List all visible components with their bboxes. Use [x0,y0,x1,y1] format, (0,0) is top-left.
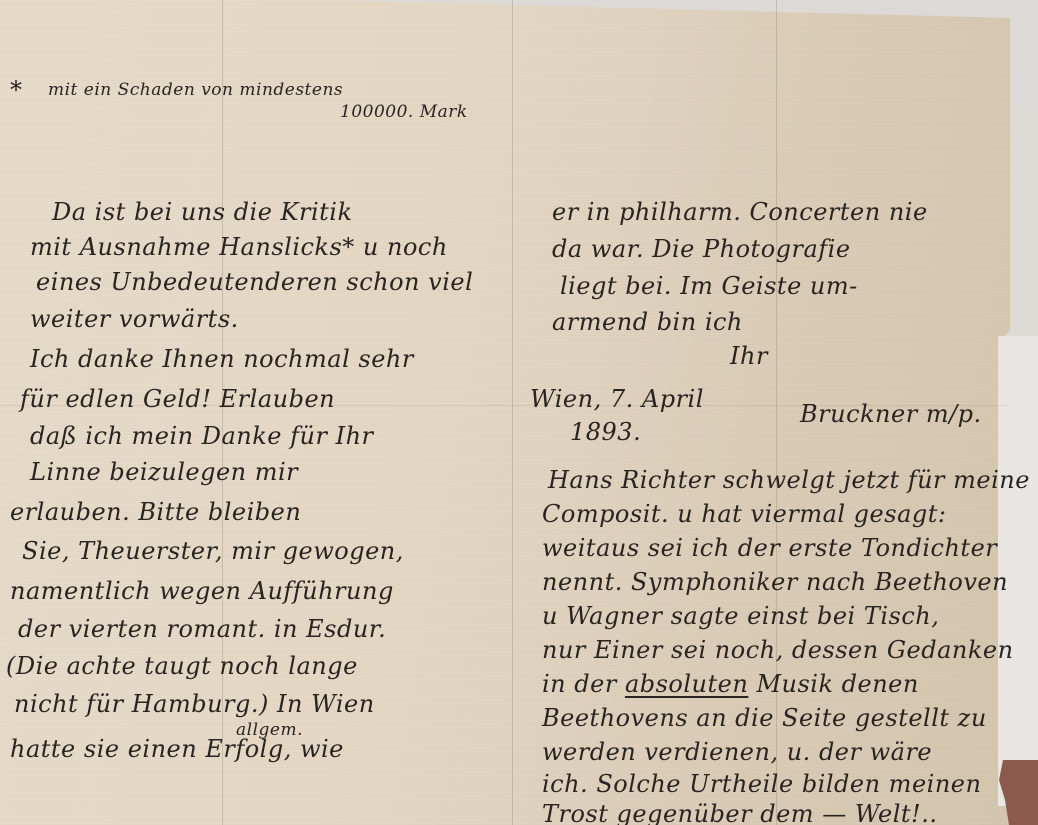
text-line: (Die achte taugt noch lange [6,652,358,680]
text-line: erlauben. Bitte bleiben [10,498,301,526]
postscript-line: nennt. Symphoniker nach Beethoven [542,568,1008,596]
footnote-line: 100000. Mark [340,102,468,122]
postscript-line: in der absoluten Musik denen [542,670,919,698]
text-line: daß ich mein Danke für Ihr [30,422,374,450]
underlined-word: absoluten [625,670,748,698]
text-line: weiter vorwärts. [30,305,239,333]
center-fold-line [512,0,513,825]
postscript-line: nur Einer sei noch, dessen Gedanken [542,636,1014,664]
signature: Bruckner m/p. [800,400,982,428]
date-place: Wien, 7. April [530,385,704,413]
postscript-line: Composit. u hat viermal gesagt: [542,500,946,528]
text-line: namentlich wegen Aufführung [10,577,394,605]
text-line: nicht für Hamburg.) In Wien [14,690,375,718]
postscript-line: u Wagner sagte einst bei Tisch, [542,602,939,630]
text-line: der vierten romant. in Esdur. [18,615,386,643]
date-year: 1893. [570,418,641,446]
fold-line [776,0,777,825]
text-line: da war. Die Photografie [552,235,851,263]
text-line: hatte sie einen Erfolg, wie [10,735,344,763]
postscript-line: Beethovens an die Seite gestellt zu [542,704,987,732]
text-line: mit Ausnahme Hanslicks* u noch [30,233,448,261]
text-line: armend bin ich [552,308,743,336]
text-line: Ich danke Ihnen nochmal sehr [30,345,414,373]
postscript-line: weitaus sei ich der erste Tondichter [542,534,997,562]
closing: Ihr [730,342,768,370]
footnote-marker: * [10,76,23,104]
footnote-line: mit ein Schaden von mindestens [48,80,343,100]
postscript-line: Hans Richter schwelgt jetzt für meine [548,466,1030,494]
text-line: Sie, Theuerster, mir gewogen, [22,537,404,565]
text-line: für edlen Geld! Erlauben [20,385,335,413]
postscript-line: Trost gegenüber dem — Welt!.. [542,800,937,825]
text-line: liegt bei. Im Geiste um- [560,272,858,300]
text-line: Linne beizulegen mir [30,458,298,486]
text-line: er in philharm. Concerten nie [552,198,928,226]
postscript-line: werden verdienen, u. der wäre [542,738,932,766]
text-line: Da ist bei uns die Kritik [52,198,353,226]
text-line: eines Unbedeutenderen schon viel [36,268,473,296]
postscript-line: ich. Solche Urtheile bilden meinen [542,770,981,798]
